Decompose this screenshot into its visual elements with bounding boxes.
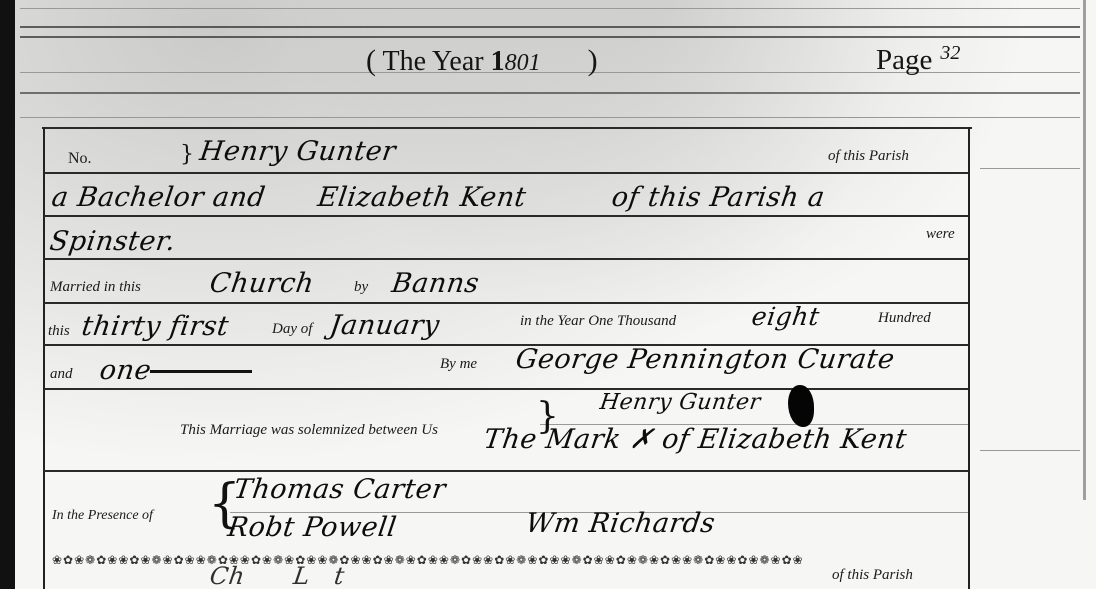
row-line: [44, 388, 968, 390]
ornament-border: ❀✿❀❁✿❀❀✿❀❁❀✿❀❀❁✿❀❀✿❀❁❀✿❀❀❁✿❀❀✿❀❁❀✿❀❀❁✿❀❀…: [52, 553, 970, 567]
were-label: were: [926, 226, 955, 243]
row-line: [44, 172, 968, 174]
rule-line: [20, 92, 1080, 94]
hundred-label: Hundred: [878, 310, 931, 327]
solemnized-label: This Marriage was solemnized between Us: [180, 422, 438, 439]
ink-blot: [788, 385, 814, 427]
brace-icon: }: [180, 142, 194, 167]
year-text-hundreds: eight: [750, 302, 822, 331]
groom-name: Henry Gunter: [198, 136, 398, 167]
year-text-units: one: [98, 355, 153, 386]
entry-top-border: [42, 127, 972, 129]
witness-2: Robt Powell: [226, 512, 399, 543]
scan-edge-left: [0, 0, 15, 589]
number-label: No.: [68, 150, 92, 168]
month-value: January: [328, 310, 442, 341]
witness-1: Thomas Carter: [232, 474, 448, 505]
this-label: this: [48, 323, 70, 340]
margin-rule: [980, 168, 1080, 169]
married-in-value: Church: [208, 268, 316, 299]
officiant-signature: George Pennington Curate: [514, 344, 897, 375]
bride-parish: of this Parish a: [610, 182, 827, 213]
next-entry-partial-handwriting: Ch L t: [208, 562, 346, 589]
page-number: 32: [940, 42, 960, 64]
day-value: thirty first: [80, 311, 231, 342]
bride-name: Elizabeth Kent: [316, 182, 528, 213]
row-line: [44, 258, 968, 260]
groom-status: a Bachelor and: [50, 182, 268, 213]
year-handwritten: 801: [505, 50, 541, 76]
flourish-line: [150, 370, 252, 373]
rule-line: [20, 26, 1080, 28]
bride-signature: The Mark ✗ of Elizabeth Kent: [482, 424, 909, 455]
by-label: by: [354, 279, 368, 296]
witness-3: Wm Richards: [524, 508, 717, 539]
scan-edge-right: [1083, 0, 1086, 500]
presence-label: In the Presence of: [52, 508, 153, 524]
next-entry-parish-label: of this Parish: [832, 567, 913, 584]
rule-line: [20, 117, 1080, 118]
rule-line: [20, 36, 1080, 38]
row-line: [44, 302, 968, 304]
margin-rule: [980, 450, 1080, 451]
by-me-label: By me: [440, 356, 477, 373]
and-label: and: [50, 366, 73, 383]
year-text-label: in the Year One Thousand: [520, 313, 676, 330]
bride-status: Spinster.: [48, 226, 178, 257]
year-printed-prefix: 1: [491, 46, 505, 77]
register-page: ( The Year 1801 ) Page32 No. } Henry Gun…: [0, 0, 1096, 589]
married-in-label: Married in this: [50, 279, 141, 296]
groom-signature: Henry Gunter: [598, 390, 762, 415]
day-of-label: Day of: [272, 321, 312, 338]
year-header: ( The Year 1801 ): [366, 44, 598, 78]
page-label: Page: [876, 44, 932, 76]
row-line: [44, 215, 968, 217]
row-line: [44, 470, 968, 472]
entry-left-border: [43, 127, 45, 589]
entry-right-border: [968, 127, 970, 589]
by-value: Banns: [390, 268, 481, 299]
year-label: The Year: [383, 46, 484, 77]
page-header: Page32: [876, 42, 960, 77]
rule-line: [20, 8, 1080, 9]
groom-parish-label: of this Parish: [828, 148, 909, 165]
